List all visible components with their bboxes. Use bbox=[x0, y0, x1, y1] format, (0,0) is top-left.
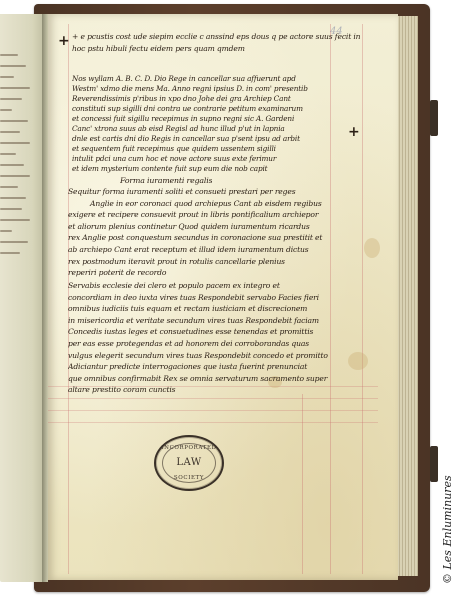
stamp-bottom-text: SOCIETY bbox=[156, 475, 222, 481]
left-page bbox=[0, 14, 46, 582]
clasp-top bbox=[430, 100, 438, 136]
left-page-text bbox=[0, 14, 40, 574]
cross-mark-icon: + bbox=[348, 125, 360, 139]
incorporated-law-society-stamp: INCORPORATED LAW SOCIETY bbox=[154, 435, 224, 491]
top-note: + e pcustis cost ude siepim ecclie c ans… bbox=[72, 31, 372, 54]
stamp-top-text: INCORPORATED bbox=[156, 445, 222, 451]
stamp-center-text: LAW bbox=[156, 457, 222, 468]
section-heading: Forma iuramenti regalis bbox=[120, 175, 212, 187]
recto-page: 44 + + e pcustis cost ude siepim ecclie … bbox=[48, 14, 398, 580]
cross-mark-icon: + bbox=[58, 34, 70, 48]
copyright-credit: © Les Enluminures bbox=[441, 475, 454, 584]
ruling-line bbox=[48, 410, 378, 411]
ruling-line bbox=[48, 398, 378, 399]
ruling-line bbox=[302, 394, 303, 574]
paragraph-1: Nos wyllam A. B. C. D. Dio Rege in cance… bbox=[72, 74, 342, 174]
stain bbox=[364, 238, 380, 258]
paragraph-2: Sequitur forma iuramenti soliti et consu… bbox=[68, 186, 358, 279]
clasp-bottom bbox=[430, 446, 438, 482]
manuscript-photo: 44 + + e pcustis cost ude siepim ecclie … bbox=[0, 0, 458, 600]
ruling-line bbox=[362, 24, 363, 574]
ruling-line bbox=[48, 422, 378, 423]
paragraph-3: Servabis ecclesie dei clero et populo pa… bbox=[68, 280, 358, 396]
